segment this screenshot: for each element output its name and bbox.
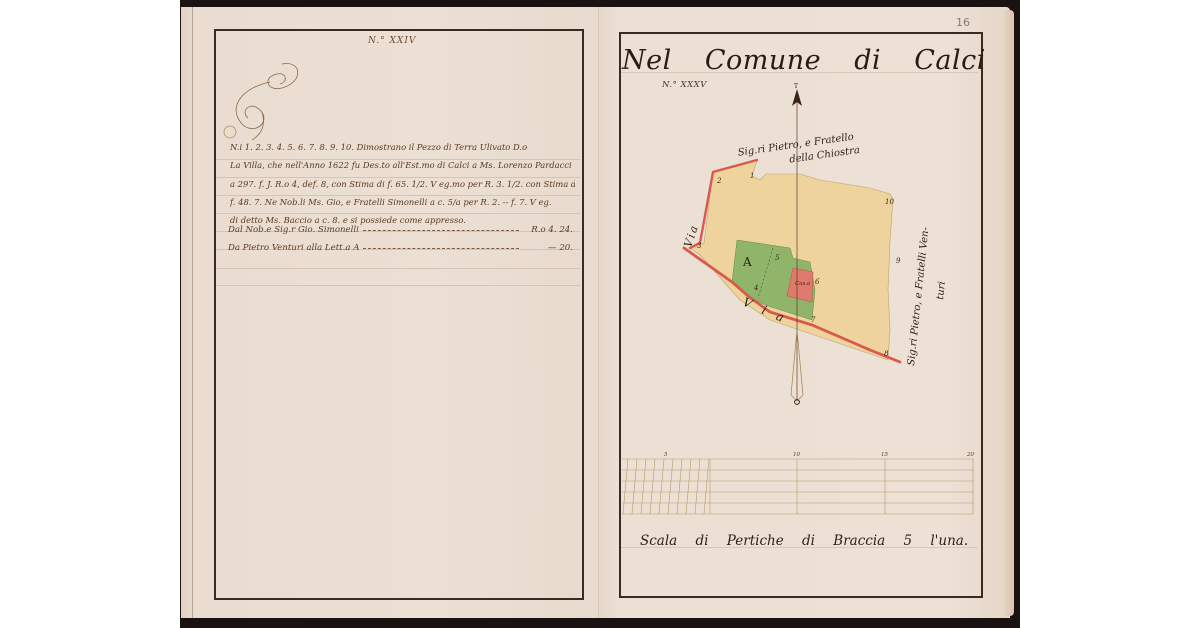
caption-word: Pertiche — [727, 533, 784, 549]
scale-caption: Scala di Pertiche di Braccia 5 l'una. — [640, 533, 968, 549]
scale-tick-label: 10 — [793, 452, 800, 458]
vertex-number: 4 — [753, 284, 758, 292]
scale-tick-label: 20 — [966, 452, 974, 458]
vertex-number: 3 — [697, 242, 702, 250]
compass-label: T — [794, 83, 798, 90]
scale-tick-label: 5 — [664, 452, 668, 458]
scale-tick-label: 15 — [881, 452, 888, 458]
east-neighbor-label: Sig.ri Pietro, e Fratelli Ven- — [906, 226, 932, 366]
caption-word: Braccia 5 l'una. — [833, 533, 968, 549]
scale-bar — [622, 459, 974, 514]
vertex-number: 9 — [896, 257, 901, 265]
caption-word: di — [802, 533, 815, 549]
vertex-number: 2 — [716, 177, 722, 185]
vertex-number: 8 — [884, 350, 889, 358]
compass-base — [795, 400, 800, 405]
vertex-number: 1 — [750, 172, 754, 180]
caption-word: di — [696, 533, 709, 549]
vertex-number: 5 — [775, 254, 780, 262]
caption-word: Scala — [640, 533, 677, 549]
vertex-number: 10 — [885, 198, 894, 206]
east-neighbor-label: turi — [935, 281, 948, 300]
cadastral-map: T 1 2 3 4 5 6 7 8 9 10 A Cas.a Sig.ri Pi… — [0, 0, 1200, 628]
house-label: Cas.a — [795, 281, 810, 287]
vertex-number: 7 — [811, 316, 816, 324]
parcel-letter: A — [742, 255, 752, 269]
vertex-number: 6 — [815, 278, 820, 286]
